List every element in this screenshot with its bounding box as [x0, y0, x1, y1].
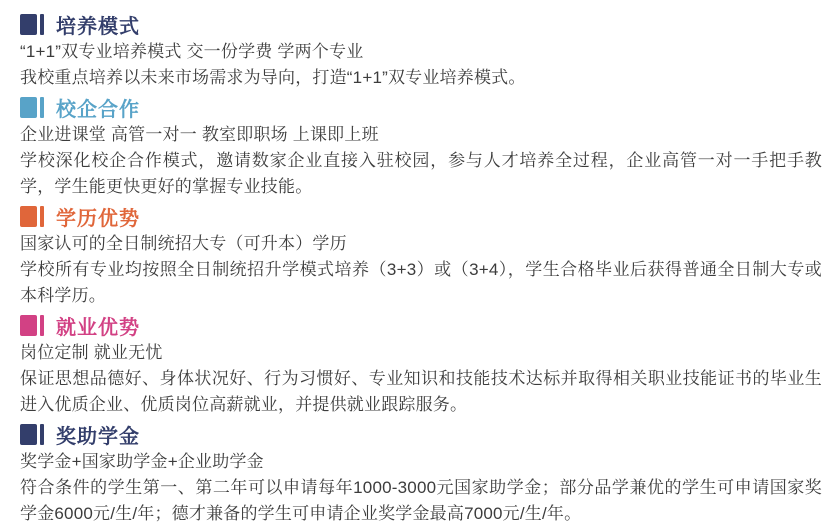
- section-title: 就业优势: [56, 311, 140, 340]
- marker-square: [20, 206, 37, 227]
- section-marker-icon: [20, 424, 44, 445]
- section-subtitle: “1+1”双专业培养模式 交一份学费 学两个专业: [20, 39, 822, 65]
- section-marker-icon: [20, 14, 44, 35]
- section-title: 学历优势: [56, 202, 140, 231]
- marker-bar: [40, 97, 44, 118]
- section-scholarship: 奖助学金 奖学金+国家助学金+企业助学金 符合条件的学生第一、第二年可以申请每年…: [20, 422, 822, 527]
- section-header: 培养模式: [20, 12, 822, 36]
- section-body: 学校深化校企合作模式，邀请数家企业直接入驻校园，参与人才培养全过程，企业高管一对…: [20, 148, 822, 200]
- marker-square: [20, 315, 37, 336]
- section-subtitle: 企业进课堂 高管一对一 教室即职场 上课即上班: [20, 122, 822, 148]
- section-subtitle: 岗位定制 就业无忧: [20, 340, 822, 366]
- section-title: 校企合作: [56, 93, 140, 122]
- section-subtitle: 国家认可的全日制统招大专（可升本）学历: [20, 231, 822, 257]
- section-header: 奖助学金: [20, 422, 822, 446]
- marker-square: [20, 14, 37, 35]
- section-school-enterprise-cooperation: 校企合作 企业进课堂 高管一对一 教室即职场 上课即上班 学校深化校企合作模式，…: [20, 95, 822, 200]
- section-diploma-advantage: 学历优势 国家认可的全日制统招大专（可升本）学历 学校所有专业均按照全日制统招升…: [20, 204, 822, 309]
- marker-bar: [40, 424, 44, 445]
- marker-bar: [40, 315, 44, 336]
- marker-bar: [40, 206, 44, 227]
- section-training-mode: 培养模式 “1+1”双专业培养模式 交一份学费 学两个专业 我校重点培养以未来市…: [20, 12, 822, 91]
- marker-bar: [40, 14, 44, 35]
- section-body: 学校所有专业均按照全日制统招升学模式培养（3+3）或（3+4），学生合格毕业后获…: [20, 257, 822, 309]
- section-body: 保证思想品德好、身体状况好、行为习惯好、专业知识和技能技术达标并取得相关职业技能…: [20, 366, 822, 418]
- marker-square: [20, 424, 37, 445]
- section-body: 我校重点培养以未来市场需求为导向，打造“1+1”双专业培养模式。: [20, 65, 822, 91]
- section-header: 校企合作: [20, 95, 822, 119]
- section-employment-advantage: 就业优势 岗位定制 就业无忧 保证思想品德好、身体状况好、行为习惯好、专业知识和…: [20, 313, 822, 418]
- section-title: 培养模式: [56, 10, 140, 39]
- section-header: 就业优势: [20, 313, 822, 337]
- section-subtitle: 奖学金+国家助学金+企业助学金: [20, 449, 822, 475]
- marker-square: [20, 97, 37, 118]
- section-marker-icon: [20, 315, 44, 336]
- section-title: 奖助学金: [56, 420, 140, 449]
- section-body: 符合条件的学生第一、第二年可以申请每年1000-3000元国家助学金；部分品学兼…: [20, 475, 822, 527]
- section-marker-icon: [20, 206, 44, 227]
- page: { "page": { "background_color": "#ffffff…: [0, 0, 840, 527]
- section-header: 学历优势: [20, 204, 822, 228]
- section-marker-icon: [20, 97, 44, 118]
